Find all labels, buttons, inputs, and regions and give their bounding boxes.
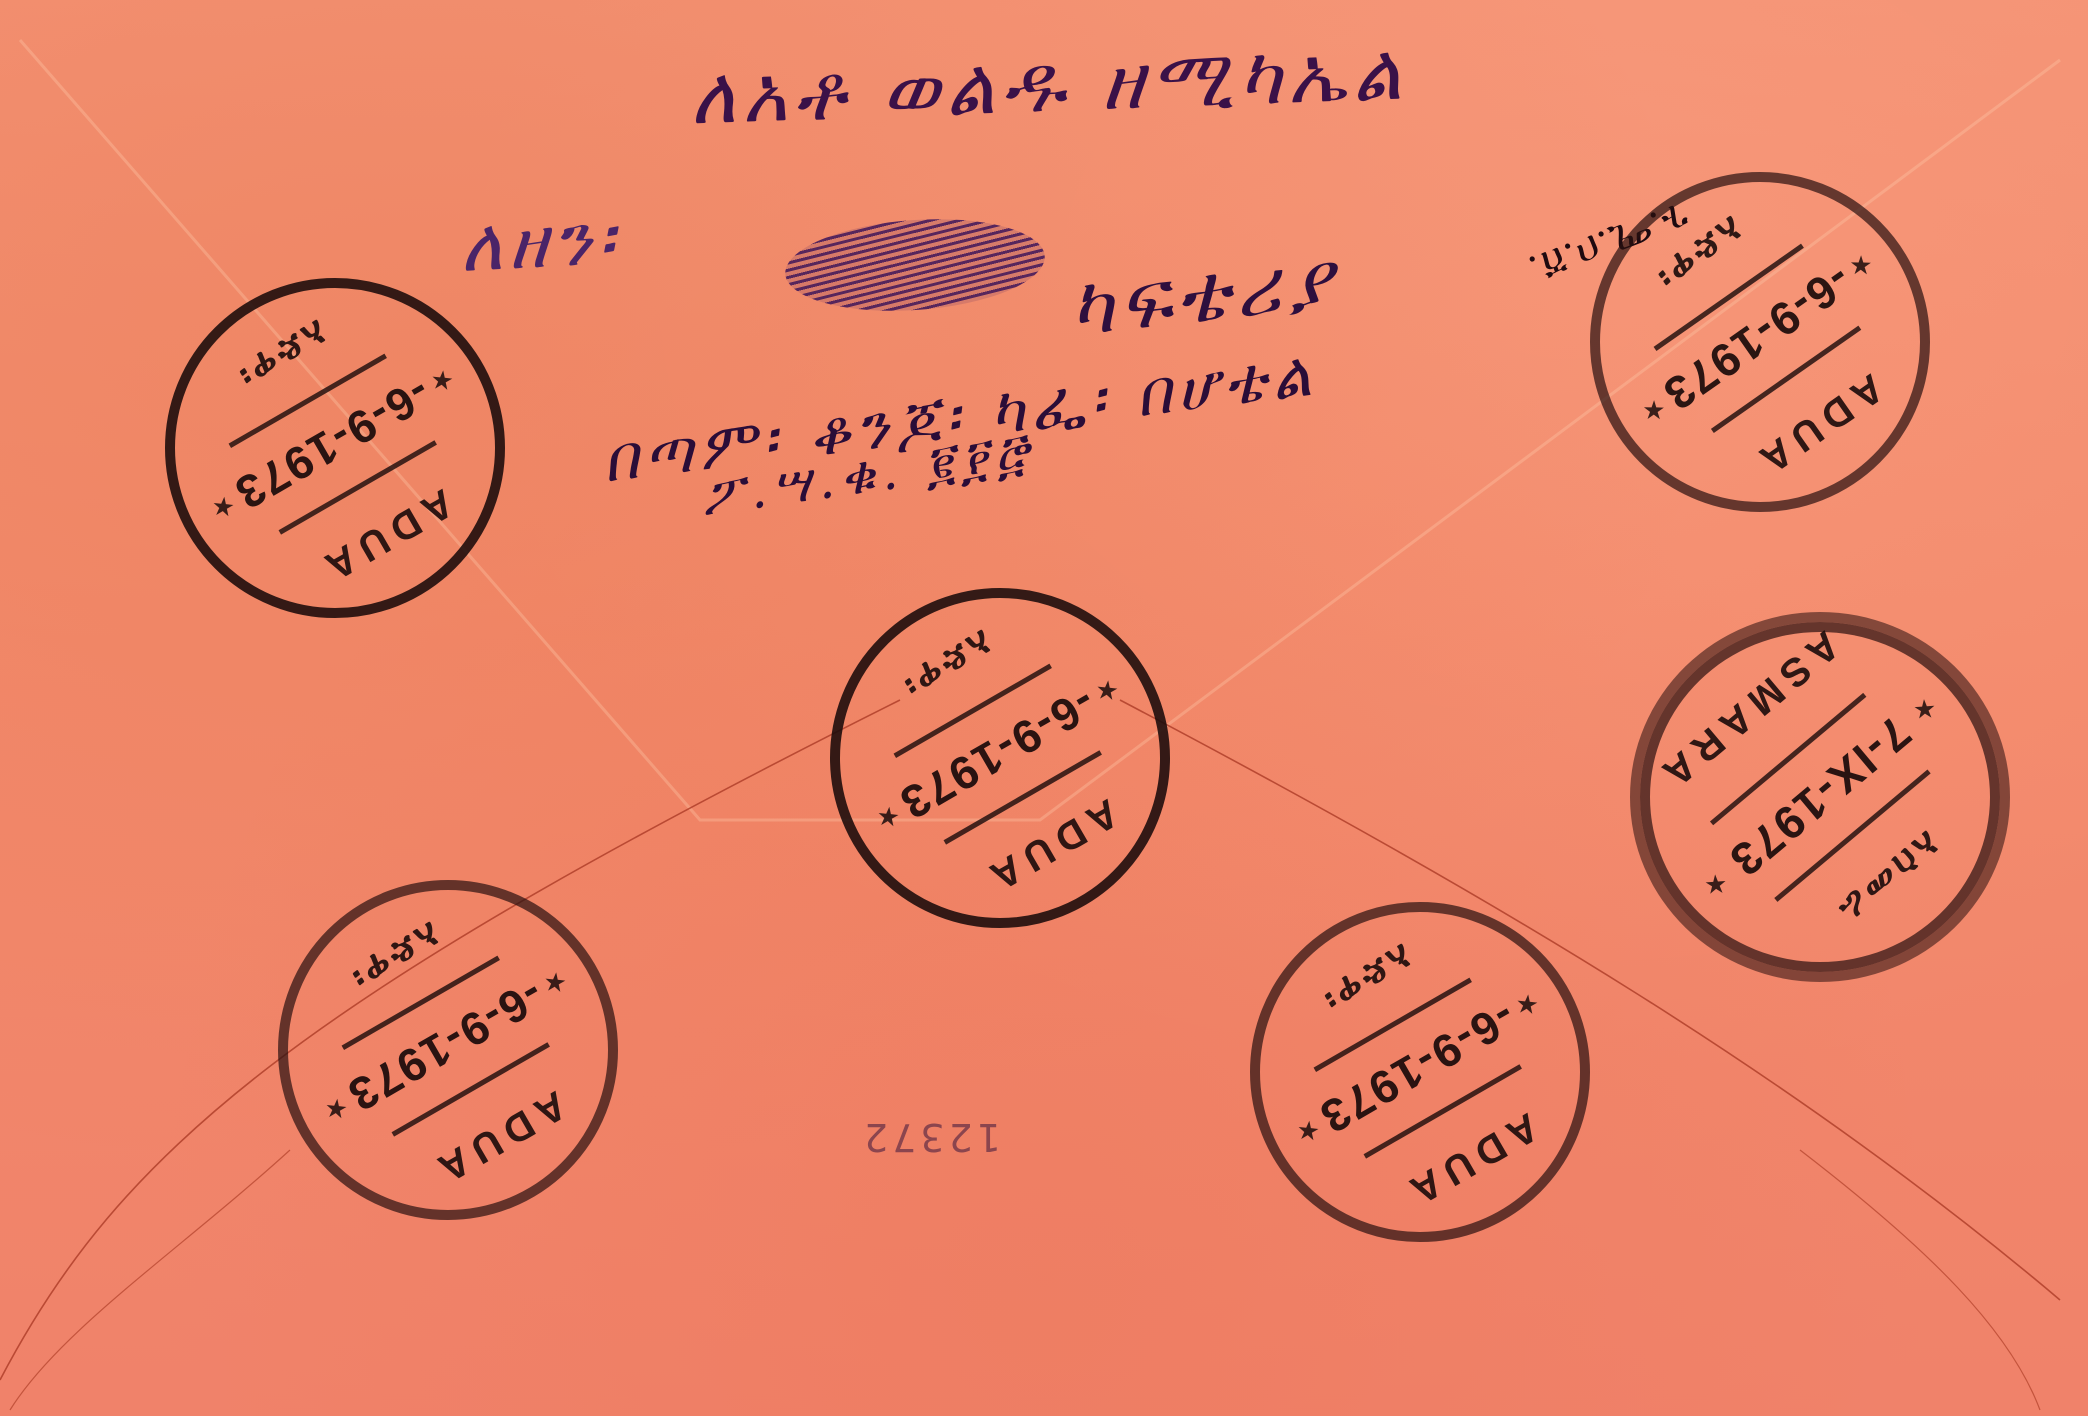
handwritten-line-prefix: ለዘን፡ xyxy=(458,196,622,290)
pencil-number-note: 12372 xyxy=(860,1115,1001,1159)
postmark-adua: ADUA -6-9-1973 ★ ★ አድዋ፡ xyxy=(1250,902,1590,1242)
postmark-adua: ADUA -6-9-1973 ★ ★ አድዋ፡ xyxy=(830,588,1170,928)
envelope-back: ለአቶ ወልዱ ዘሚካኤል ለዘን፡ ካፍቴሪያ በጣም፡ ቆንጆ፡ ካፌ፡ በ… xyxy=(0,0,2088,1416)
postmark-adua: ADUA -6-9-1973 ★ ★ አድዋ፡ xyxy=(278,880,618,1220)
postmark-adua: ADUA -6-9-1973 ★ ★ አድዋ፡ xyxy=(1590,172,1930,512)
postmark-asmara: አስመራ 7-IX-1973 ★ ★ ASMARA xyxy=(1640,622,2000,972)
postmark-adua: ADUA -6-9-1973 ★ ★ አድዋ፡ xyxy=(165,278,505,618)
